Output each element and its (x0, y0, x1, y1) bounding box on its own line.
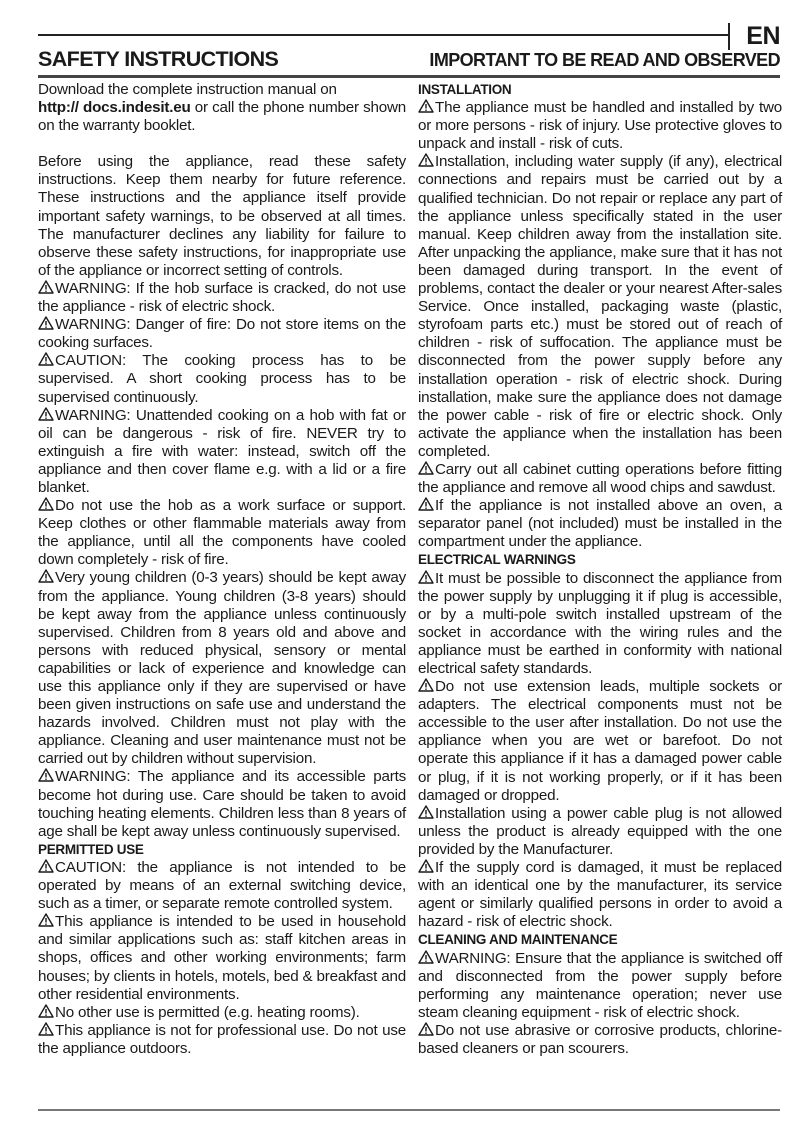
warning-item: WARNING: The appliance and its accessibl… (38, 768, 406, 840)
warning-item: CAUTION: the appliance is not intended t… (38, 859, 406, 913)
warning-item: The appliance must be handled and instal… (418, 99, 782, 153)
warning-triangle-icon (418, 461, 434, 475)
warning-text: It must be possible to disconnect the ap… (418, 570, 782, 677)
warning-triangle-icon (38, 1022, 54, 1036)
title-underline (38, 75, 780, 78)
warning-item: If the appliance is not installed above … (418, 497, 782, 551)
warning-triangle-icon (38, 407, 54, 421)
warning-triangle-icon (418, 678, 434, 692)
warning-item: If the supply cord is damaged, it must b… (418, 859, 782, 931)
footer-rule (38, 1109, 780, 1111)
warning-text: The appliance must be handled and instal… (418, 99, 782, 152)
warning-item: This appliance is intended to be used in… (38, 913, 406, 1003)
warning-text: Carry out all cabinet cutting operations… (418, 461, 782, 496)
manual-link[interactable]: http:// docs.indesit.eu (38, 99, 191, 116)
section-heading-permitted-use: PERMITTED USE (38, 841, 406, 859)
warning-item: Do not use abrasive or corrosive product… (418, 1022, 782, 1058)
warning-item: No other use is permitted (e.g. heating … (38, 1004, 406, 1022)
warning-item: Very young children (0-3 years) should b… (38, 569, 406, 768)
warning-text: This appliance is intended to be used in… (38, 913, 406, 1002)
header-top-rule (38, 34, 729, 36)
warning-triangle-icon (38, 497, 54, 511)
warning-item: Do not use the hob as a work surface or … (38, 497, 406, 569)
warning-text: WARNING: Danger of fire: Do not store it… (38, 316, 406, 351)
right-column: INSTALLATION The appliance must be handl… (418, 81, 782, 1058)
warning-text: CAUTION: the appliance is not intended t… (38, 859, 406, 912)
warning-triangle-icon (418, 497, 434, 511)
warning-triangle-icon (418, 570, 434, 584)
warning-text: This appliance is not for professional u… (38, 1022, 406, 1057)
warning-item: Installation, including water supply (if… (418, 153, 782, 461)
warning-item: WARNING: Unattended cooking on a hob wit… (38, 407, 406, 497)
warning-text: If the appliance is not installed above … (418, 497, 782, 550)
page-title: SAFETY INSTRUCTIONS (38, 47, 278, 72)
warning-text: WARNING: If the hob surface is cracked, … (38, 280, 406, 315)
left-column: Download the complete instruction manual… (38, 81, 406, 1058)
page-subtitle: IMPORTANT TO BE READ AND OBSERVED (429, 50, 780, 71)
warning-item: This appliance is not for professional u… (38, 1022, 406, 1058)
general-paragraph: Before using the appliance, read these s… (38, 153, 406, 280)
warning-triangle-icon (418, 99, 434, 113)
warning-text: WARNING: The appliance and its accessibl… (38, 768, 406, 839)
warning-text: Very young children (0-3 years) should b… (38, 569, 406, 767)
warning-text: Installation, including water supply (if… (418, 153, 782, 460)
section-heading-cleaning-maintenance: CLEANING AND MAINTENANCE (418, 931, 782, 949)
warning-item: Do not use extension leads, multiple soc… (418, 678, 782, 805)
warning-triangle-icon (38, 280, 54, 294)
warning-triangle-icon (38, 352, 54, 366)
warning-text: Do not use the hob as a work surface or … (38, 497, 406, 568)
section-heading-electrical-warnings: ELECTRICAL WARNINGS (418, 551, 782, 569)
intro-paragraph: Download the complete instruction manual… (38, 81, 406, 135)
warning-item: WARNING: Danger of fire: Do not store it… (38, 316, 406, 352)
warning-item: WARNING: If the hob surface is cracked, … (38, 280, 406, 316)
warning-triangle-icon (38, 569, 54, 583)
warning-text: Do not use extension leads, multiple soc… (418, 678, 782, 804)
warning-item: CAUTION: The cooking process has to be s… (38, 352, 406, 406)
warning-triangle-icon (418, 950, 434, 964)
warning-triangle-icon (418, 153, 434, 167)
warning-triangle-icon (418, 859, 434, 873)
warning-text: WARNING: Unattended cooking on a hob wit… (38, 407, 406, 496)
warning-text: No other use is permitted (e.g. heating … (55, 1004, 360, 1021)
warning-item: WARNING: Ensure that the appliance is sw… (418, 950, 782, 1022)
spacer (38, 135, 406, 153)
warning-item: It must be possible to disconnect the ap… (418, 570, 782, 679)
warning-triangle-icon (38, 316, 54, 330)
intro-text: Download the complete instruction manual… (38, 81, 337, 98)
header-tick-divider (728, 23, 730, 50)
warning-triangle-icon (38, 859, 54, 873)
warning-triangle-icon (418, 805, 434, 819)
warning-text: Do not use abrasive or corrosive product… (418, 1022, 782, 1057)
warning-item: Carry out all cabinet cutting operations… (418, 461, 782, 497)
language-code: EN (746, 22, 780, 51)
warning-triangle-icon (418, 1022, 434, 1036)
warning-text: WARNING: Ensure that the appliance is sw… (418, 950, 782, 1021)
warning-item: Installation using a power cable plug is… (418, 805, 782, 859)
warning-triangle-icon (38, 1004, 54, 1018)
warning-triangle-icon (38, 768, 54, 782)
warning-triangle-icon (38, 913, 54, 927)
warning-text: CAUTION: The cooking process has to be s… (38, 352, 406, 405)
section-heading-installation: INSTALLATION (418, 81, 782, 99)
warning-text: If the supply cord is damaged, it must b… (418, 859, 782, 930)
warning-text: Installation using a power cable plug is… (418, 805, 782, 858)
